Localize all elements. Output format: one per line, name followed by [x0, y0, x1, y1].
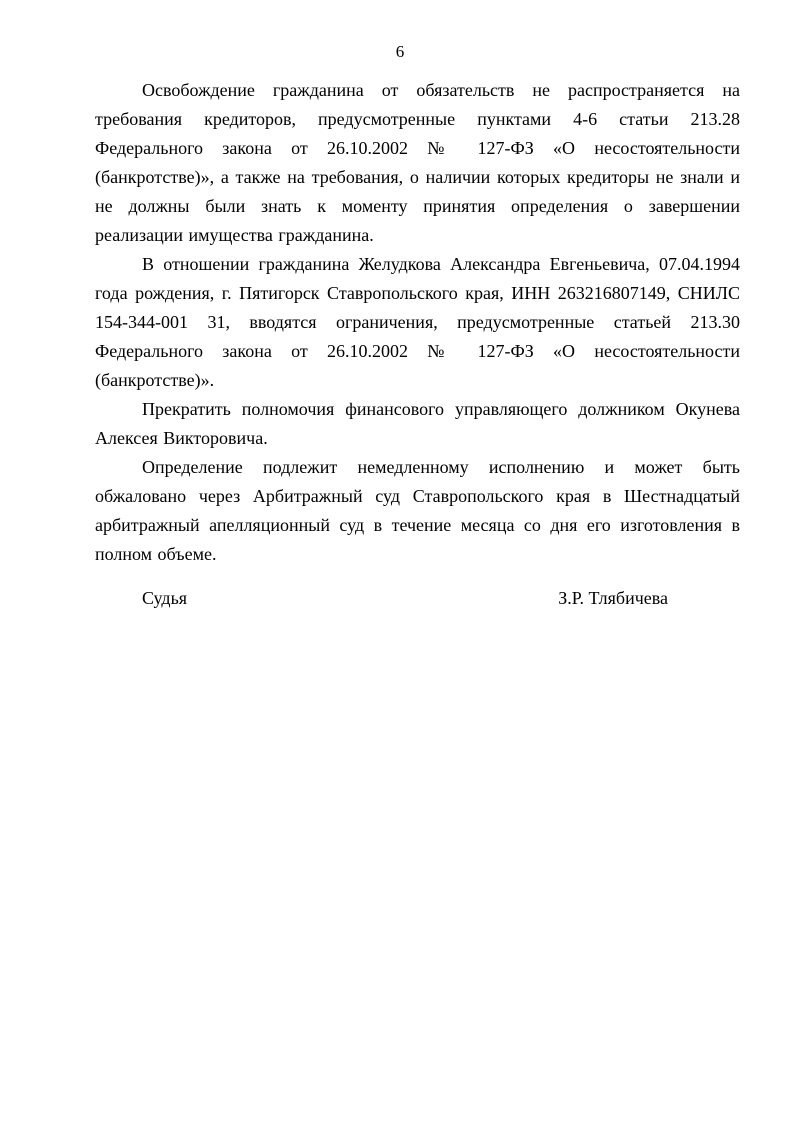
signature-name: З.Р. Тлябичева	[558, 584, 668, 613]
body-paragraph: Определение подлежит немедленному исполн…	[95, 453, 740, 569]
document-body: Освобождение гражданина от обязательств …	[95, 76, 740, 613]
body-paragraph: В отношении гражданина Желудкова Алексан…	[95, 250, 740, 395]
body-paragraph: Прекратить полномочия финансового управл…	[95, 395, 740, 453]
page-number: 6	[0, 42, 800, 62]
document-page: 6 Освобождение гражданина от обязательст…	[0, 0, 800, 1131]
signature-row: Судья З.Р. Тлябичева	[95, 584, 740, 613]
body-paragraph: Освобождение гражданина от обязательств …	[95, 76, 740, 250]
signature-role: Судья	[142, 584, 187, 613]
